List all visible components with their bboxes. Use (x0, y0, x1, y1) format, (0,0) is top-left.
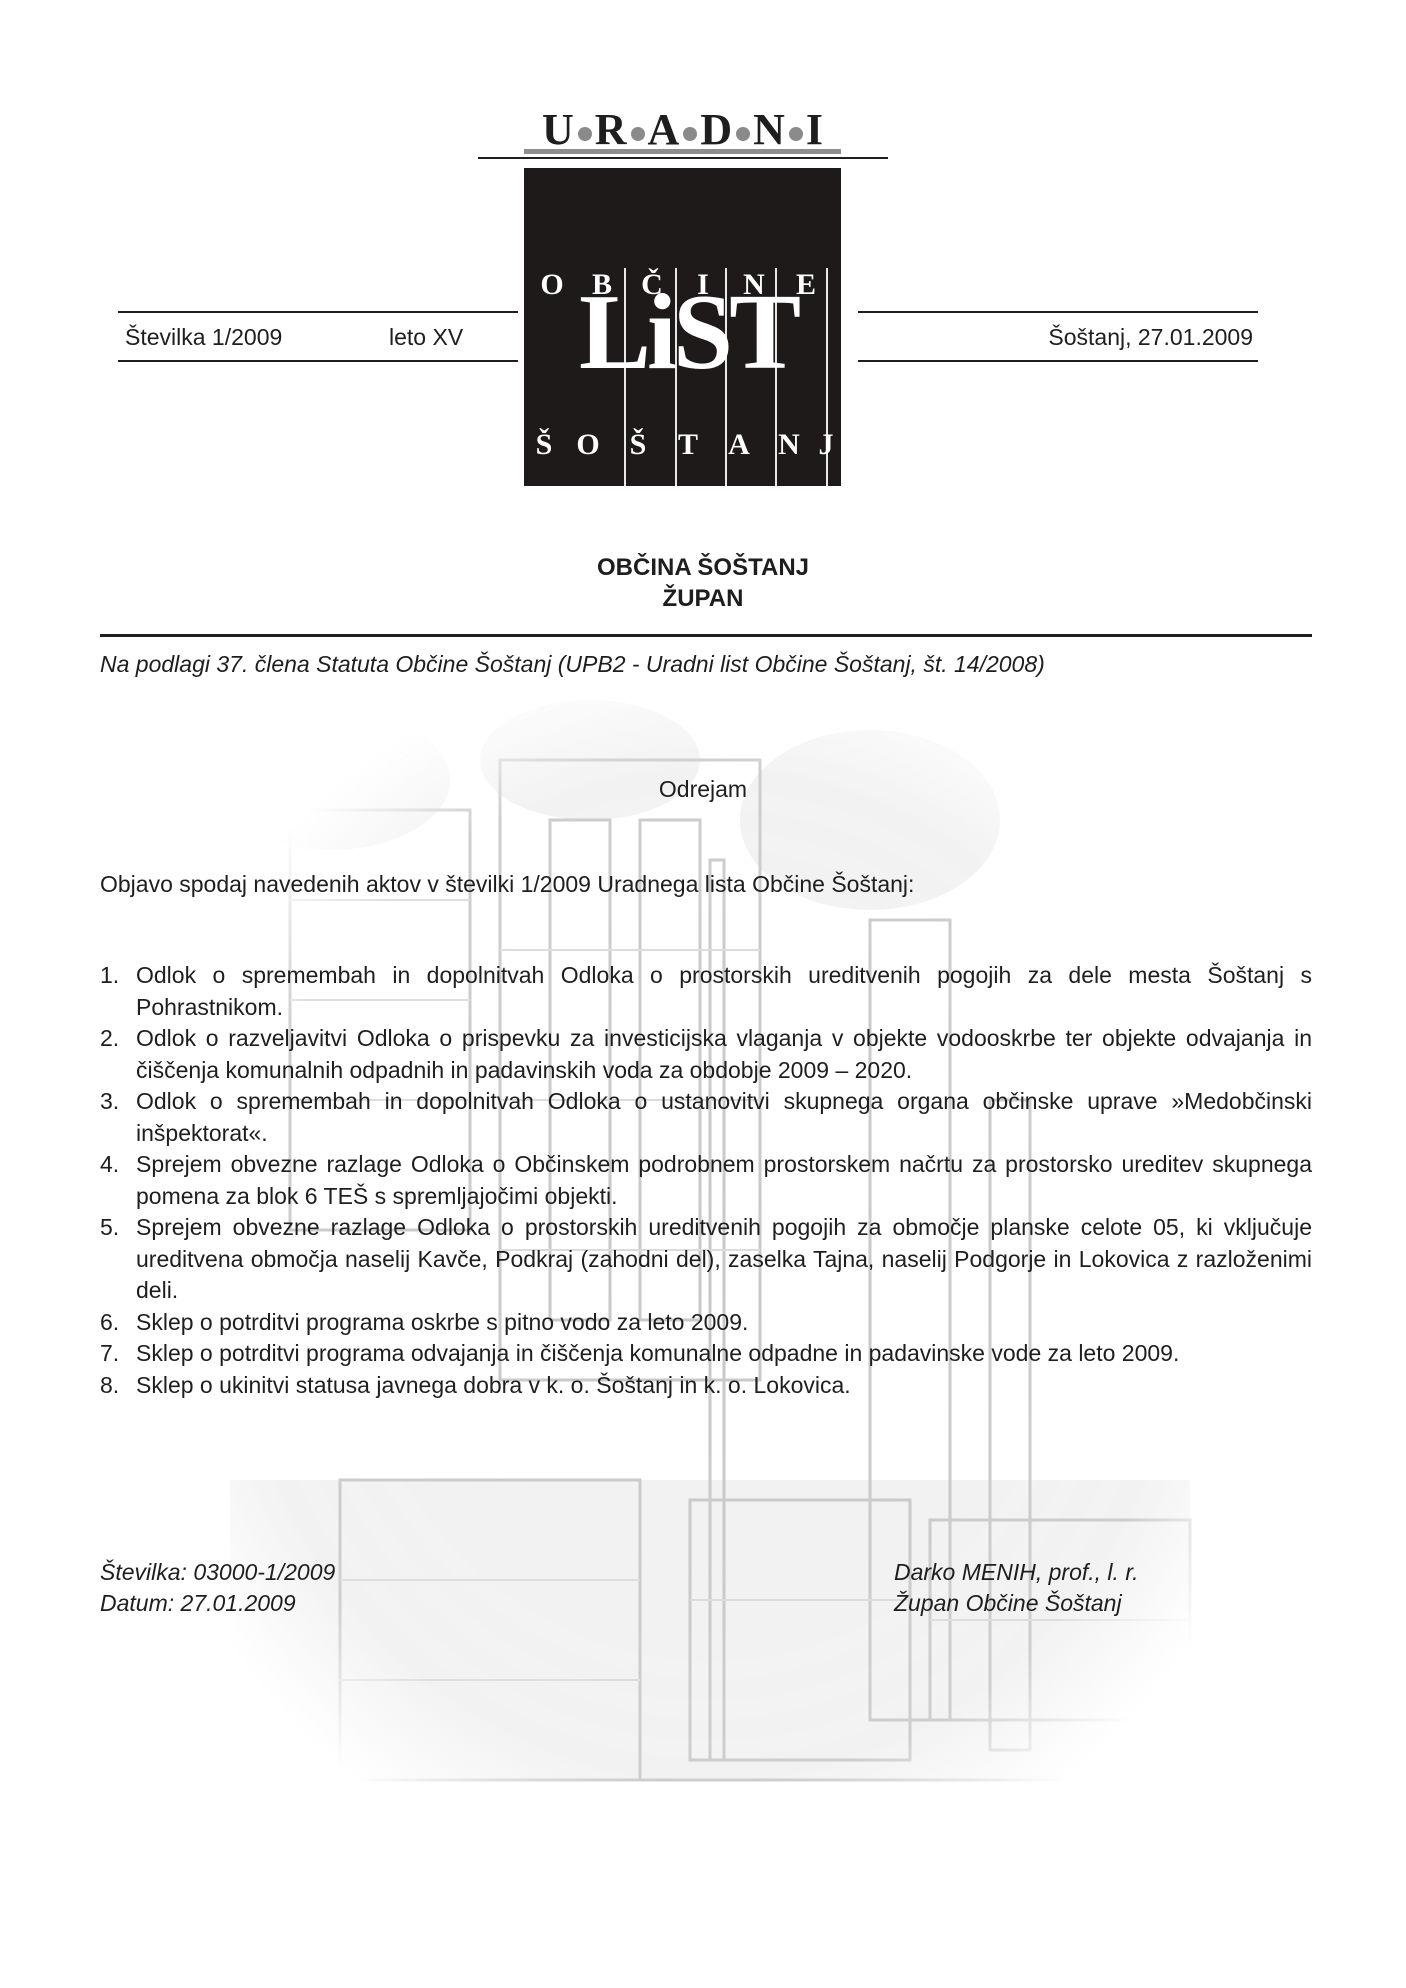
list-item: 5.Sprejem obvezne razlage Odloka o prost… (100, 1212, 1312, 1307)
logo-list-word: LiST (579, 278, 797, 388)
signatory-title: Župan Občine Šoštanj (894, 1589, 1122, 1617)
masthead-rule (478, 157, 888, 159)
header-rule-left-bottom (118, 360, 518, 362)
office-title: ŽUPAN (0, 584, 1406, 614)
list-item: 2.Odlok o razveljavitvi Odloka o prispev… (100, 1023, 1312, 1086)
list-item: 1.Odlok o spremembah in dopolnitvah Odlo… (100, 960, 1312, 1023)
list-item: 7.Sklep o potrditvi programa odvajanja i… (100, 1338, 1312, 1370)
place-date: Šoštanj, 27.01.2009 (858, 323, 1253, 351)
list-item: 8.Sklep o ukinitvi statusa javnega dobra… (100, 1370, 1312, 1402)
signatory-name: Darko MENIH, prof., l. r. (894, 1558, 1139, 1586)
intro-sentence: Objavo spodaj navedenih aktov v številki… (100, 869, 914, 900)
masthead-gray-bar (524, 149, 841, 154)
masthead-uradni: URADNI (478, 108, 888, 152)
list-item: 6.Sklep o potrditvi programa oskrbe s pi… (100, 1307, 1312, 1339)
document-date: Datum: 27.01.2009 (100, 1589, 296, 1617)
header-rule-right-top (858, 311, 1258, 313)
volume-year: leto XV (389, 323, 463, 351)
title-rule (100, 634, 1312, 637)
issue-number: Številka 1/2009 (125, 323, 282, 351)
obcine-list-sostanj-logo: O B Č I N E LiST Š O Š T A N J (524, 168, 841, 486)
list-item: 4.Sprejem obvezne razlage Odloka o Občin… (100, 1149, 1312, 1212)
document-number: Številka: 03000-1/2009 (100, 1558, 335, 1586)
authority-title: OBČINA ŠOŠTANJ (0, 553, 1406, 583)
acts-list: 1.Odlok o spremembah in dopolnitvah Odlo… (100, 960, 1312, 1401)
decision-heading: Odrejam (0, 774, 1406, 805)
legal-basis: Na podlagi 37. člena Statuta Občine Šošt… (100, 650, 1045, 678)
list-item: 3.Odlok o spremembah in dopolnitvah Odlo… (100, 1086, 1312, 1149)
header-rule-right-bottom (858, 360, 1258, 362)
header-rule-left-top (118, 311, 518, 313)
